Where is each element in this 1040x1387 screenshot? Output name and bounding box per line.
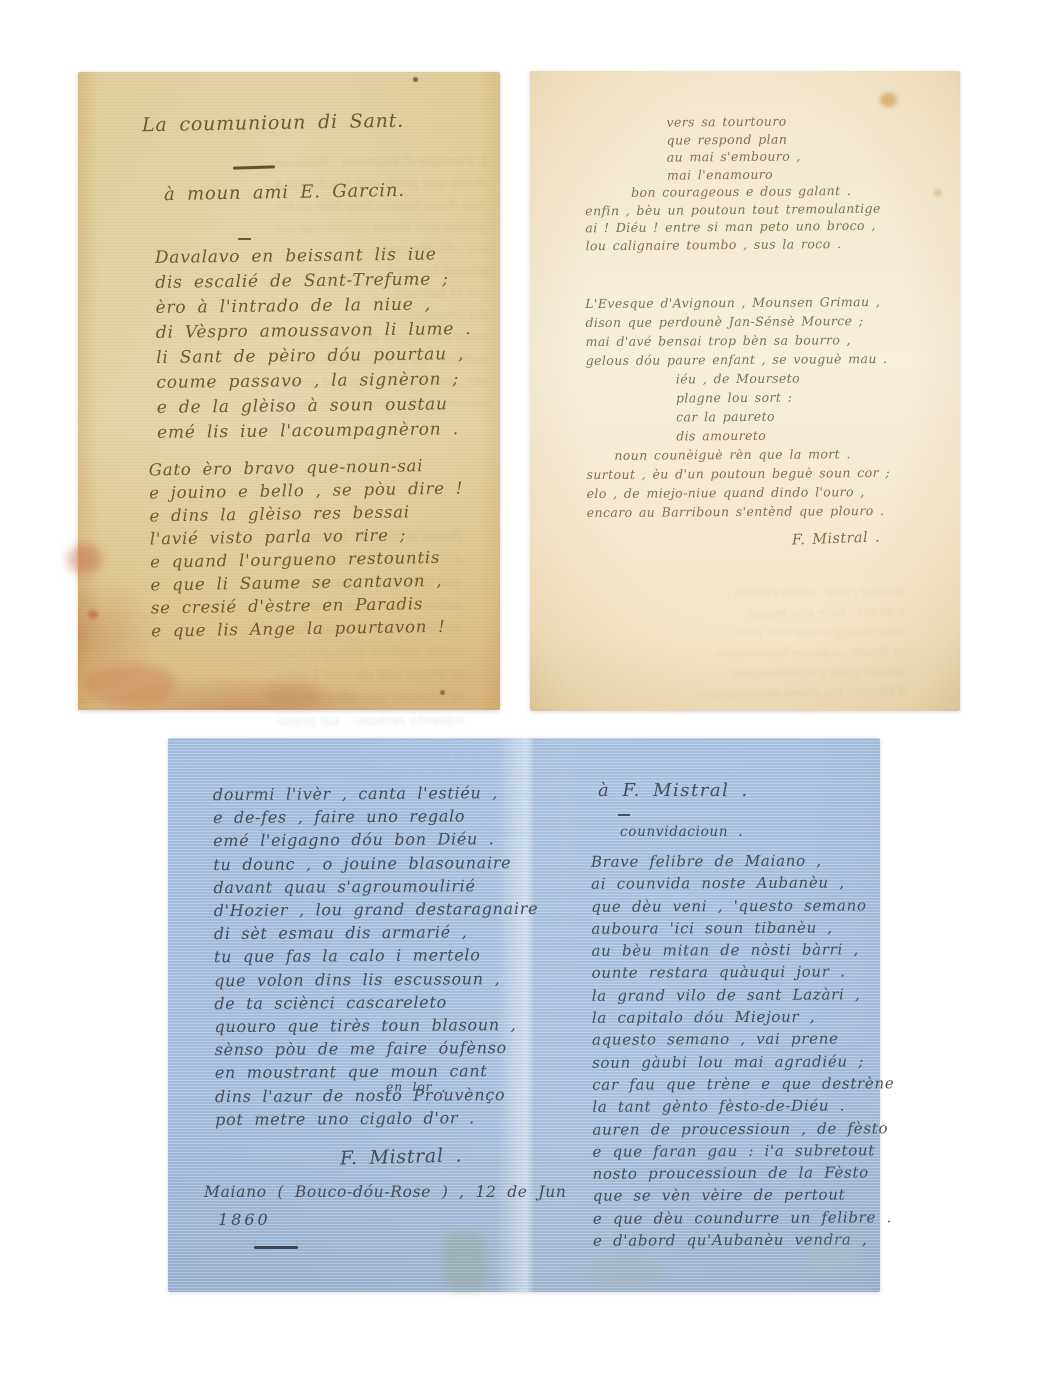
stain	[88, 610, 98, 619]
letter-heading: à F. Mistral .	[598, 780, 749, 801]
manuscript-line: iéu , de Mourseto	[676, 368, 890, 388]
manuscript-line: e de-fes , faire uno regalo	[213, 804, 538, 829]
manuscript-line: dison que perdounè Jan-Sénsè Mource ;	[585, 311, 889, 332]
manuscript-bifolium-bottom: Davalavo en beissant lis iuedis escalié …	[168, 738, 880, 1292]
manuscript-line: la tant gènto fèsto-de-Diéu .	[592, 1094, 894, 1118]
manuscript-line: tu que fas la calo i mertelo	[214, 943, 539, 968]
manuscript-line: la capitalo dóu Miejour ,	[592, 1005, 894, 1029]
signature: F. Mistral .	[340, 1144, 463, 1169]
manuscript-page-top-right: vers sa tourtouroque respond planau mai …	[530, 71, 960, 711]
manuscript-line: mai l'enamouro	[667, 164, 881, 183]
letter-left-column: dourmi l'ivèr , canta l'estiéu ,e de-fes…	[213, 781, 540, 1131]
manuscript-line: soun gàubi lou mai agradiéu ;	[592, 1050, 894, 1074]
manuscript-line: di sèt esmau dis armarié ,	[606, 701, 906, 704]
manuscript-photo-background: L'Evesque d'Avignoun , Mounsen Grimau ,d…	[0, 0, 1040, 1387]
stain	[264, 684, 322, 706]
manuscript-line: di sèt esmau dis armarié ,	[214, 920, 539, 945]
manuscript-line: de ta sciènci cascareleto	[214, 990, 539, 1015]
manuscript-line: d'Hozier , lou grand destaragnaire	[605, 681, 905, 704]
manuscript-line: nosto proucessioun de la Fèsto	[593, 1161, 895, 1185]
manuscript-line: d'Hozier , lou grand destaragnaire	[214, 897, 539, 922]
manuscript-line: emé l'eigagno dóu bon Diéu .	[605, 621, 905, 644]
manuscript-line: li Sant de pèiro dóu pourtau ,	[156, 342, 472, 371]
stain	[880, 93, 897, 107]
poem-stanza: Davalavo en beissant lis iuedis escalié …	[155, 242, 473, 446]
manuscript-line: ai counvida noste Aubanèu ,	[591, 872, 893, 896]
manuscript-line: la grand vilo de sant Lazàri ,	[133, 663, 463, 689]
manuscript-line: la grand vilo de sant Lazàri ,	[592, 983, 894, 1007]
manuscript-line: dourmi l'ivèr , canta l'estiéu ,	[213, 781, 538, 806]
manuscript-line: bon courageous e dous galant .	[631, 182, 881, 202]
manuscript-line: la capitalo dóu Miejour ,	[133, 686, 463, 712]
manuscript-line: ounte restara quàuqui jour .	[133, 640, 463, 666]
stain	[68, 544, 102, 574]
manuscript-line: sènso pòu de me faire óufènso	[215, 1036, 540, 1061]
poem-stanza: L'Evesque d'Avignoun , Mounsen Grimau ,d…	[585, 292, 890, 522]
manuscript-line: ai ! Diéu ! entre si man peto uno broco …	[585, 217, 881, 237]
manuscript-line: e de-fes , faire uno regalo	[605, 601, 905, 624]
manuscript-line: que dèu veni , 'questo semano	[591, 894, 893, 918]
poem-dedication: à moun ami E. Garcin.	[164, 180, 405, 205]
manuscript-line: davant quau s'agroumoulirié	[605, 661, 905, 684]
manuscript-line: auboura 'ici soun tibanèu ,	[591, 916, 893, 940]
manuscript-line: auren de proucessioun , de fèsto	[592, 1117, 894, 1141]
manuscript-line: au mai s'embouro ,	[667, 147, 881, 166]
divider-dash	[238, 238, 251, 240]
stain	[444, 1232, 486, 1290]
manuscript-line: aquesto semano , vai prene	[134, 709, 464, 735]
manuscript-line: Brave felibre de Maiano ,	[591, 849, 893, 873]
manuscript-line: èro à l'intrado de la niue ,	[155, 292, 471, 321]
poem-stanza: Gato èro bravo que-noun-saie jouino e be…	[149, 454, 466, 643]
manuscript-line: elo , de miejo-niue quand dindo l'ouro ,	[587, 482, 891, 503]
manuscript-line: que respond plan	[667, 129, 881, 148]
manuscript-line: car la paureto	[676, 406, 890, 426]
manuscript-line: plagne lou sort :	[676, 387, 890, 407]
manuscript-line: surtout , èu d'un poutoun beguè soun cor…	[586, 463, 890, 484]
manuscript-line: gelous dóu paure enfant , se vouguè mau …	[586, 349, 890, 370]
manuscript-line: que se vèn vèire de pertout	[593, 1184, 895, 1208]
stain	[934, 189, 942, 197]
manuscript-line: noun counèiguè rèn que la mort .	[614, 444, 890, 465]
manuscript-line: gelous dóu paure enfant , se vouguè mau …	[277, 217, 487, 241]
stain	[84, 664, 176, 706]
letter-subheading: counvidacioun .	[620, 824, 743, 840]
manuscript-line: mai d'avé bensai trop bèn sa bourro ,	[585, 330, 889, 351]
manuscript-line: e que lis Ange la pourtavon !	[151, 615, 465, 643]
stain	[588, 1258, 662, 1288]
divider-rule	[254, 1246, 298, 1249]
manuscript-line: encaro au Barriboun s'entènd que plouro …	[587, 501, 891, 522]
manuscript-line: aquesto semano , vai prene	[592, 1028, 894, 1052]
manuscript-line: que volon dins lis escussoun ,	[214, 966, 539, 991]
manuscript-line: lou calignaire toumbo , sus la roco .	[585, 234, 881, 254]
manuscript-line: ounte restara quàuqui jour .	[592, 961, 894, 985]
manuscript-line: L'Evesque d'Avignoun , Mounsen Grimau ,	[585, 292, 889, 313]
manuscript-line: dis escalié de Sant-Trefume ;	[155, 267, 471, 296]
manuscript-line: e de la glèiso à soun oustau	[157, 392, 473, 421]
manuscript-line: Davalavo en beissant lis iue	[228, 744, 528, 767]
manuscript-line: e que dèu coundurre un felibre .	[593, 1206, 895, 1230]
manuscript-line: Davalavo en beissant lis iue	[155, 242, 471, 271]
ink-speck	[440, 690, 445, 695]
manuscript-line: dourmi l'ivèr , canta l'estiéu ,	[604, 581, 904, 604]
manuscript-line: en moustrant que moun cant	[215, 1059, 540, 1084]
manuscript-line: di Vèspro amoussavon li lume .	[156, 317, 472, 346]
divider-rule	[233, 165, 275, 169]
manuscript-line: dis amoureto	[676, 425, 890, 445]
poem-stanza: vers sa tourtouroque respond planau mai …	[584, 112, 881, 255]
manuscript-line: e d'abord qu'Aubanèu vendra ,	[593, 1228, 895, 1252]
poem-title: La coumunioun di Sant.	[142, 110, 404, 137]
manuscript-line: coume passavo , la signèron ;	[156, 367, 472, 396]
manuscript-line: davant quau s'agroumoulirié	[213, 874, 538, 899]
manuscript-line: au bèu mitan de nòsti bàrri ,	[591, 938, 893, 962]
manuscript-line: car fau que trène e que destrène	[592, 1072, 894, 1096]
manuscript-line: pot metre uno cigalo d'or .	[215, 1106, 540, 1131]
year: 1860	[218, 1210, 271, 1229]
manuscript-line: e que faran gau : i'a subretout	[592, 1139, 894, 1163]
interline-insertion: en lor ,	[386, 1079, 446, 1094]
letter-right-column: Brave felibre de Maiano ,ai counvida nos…	[591, 849, 895, 1252]
ink-speck	[413, 77, 418, 82]
manuscript-line: emé lis iue l'acoumpagnèron .	[157, 417, 473, 446]
dateline: Maiano ( Bouco-dóu-Rose ) , 12 de Jun	[204, 1183, 567, 1201]
manuscript-line: emé l'eigagno dóu bon Diéu .	[213, 827, 538, 852]
signature: F. Mistral .	[792, 529, 881, 548]
manuscript-line: dins l'azur de nosto Prouvènço	[215, 1083, 540, 1108]
manuscript-page-top-left: L'Evesque d'Avignoun , Mounsen Grimau ,d…	[78, 72, 500, 710]
manuscript-line: tu dounc , o jouine blasounaire	[213, 850, 538, 875]
manuscript-line: quouro que tirès toun blasoun ,	[214, 1013, 539, 1038]
manuscript-line: L'Evesque d'Avignoun , Mounsen Grimau ,	[276, 151, 486, 175]
manuscript-line: vers sa tourtouro	[666, 112, 880, 131]
divider-dash	[618, 814, 630, 816]
ink-show-through: dourmi l'ivèr , canta l'estiéu ,e de-fes…	[604, 581, 905, 704]
manuscript-line: tu dounc , o jouine blasounaire	[605, 641, 905, 664]
